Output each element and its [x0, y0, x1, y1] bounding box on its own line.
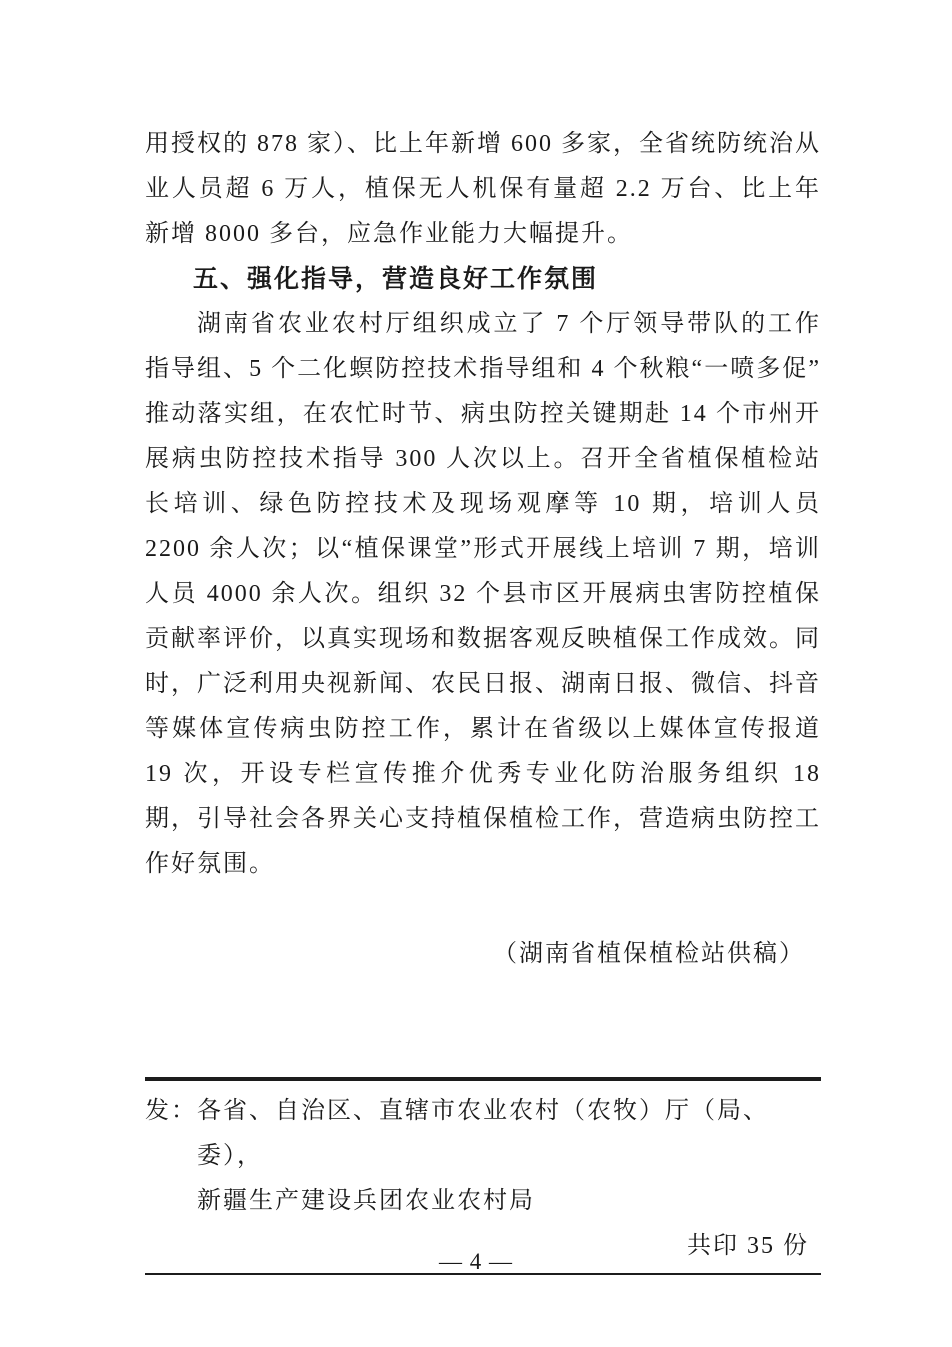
distribution-label: 发：: [145, 1098, 197, 1124]
distribution-line-1: 各省、自治区、直辖市农业农村（农牧）厅（局、委），: [197, 1098, 769, 1169]
page-number: — 4 —: [0, 1248, 952, 1276]
footer-top-rule: [145, 1077, 821, 1081]
section-paragraph: 湖南省农业农村厅组织成立了 7 个厅领导带队的工作指导组、5 个二化螟防控技术指…: [145, 302, 821, 887]
document-body: 用授权的 878 家）、比上年新增 600 多家，全省统防统治从业人员超 6 万…: [145, 122, 821, 977]
attribution-line: （湖南省植保植检站供稿）: [145, 932, 821, 977]
section-heading: 五、强化指导，营造良好工作氛围: [145, 257, 821, 302]
document-page: 用授权的 878 家）、比上年新增 600 多家，全省统防统治从业人员超 6 万…: [0, 0, 952, 1347]
distribution-list: 发：各省、自治区、直辖市农业农村（农牧）厅（局、委）， 新疆生产建设兵团农业农村…: [145, 1089, 821, 1224]
paragraph-continuation: 用授权的 878 家）、比上年新增 600 多家，全省统防统治从业人员超 6 万…: [145, 122, 821, 257]
distribution-footer: 发：各省、自治区、直辖市农业农村（农牧）厅（局、委）， 新疆生产建设兵团农业农村…: [145, 1077, 821, 1275]
distribution-line-2: 新疆生产建设兵团农业农村局: [197, 1188, 535, 1214]
